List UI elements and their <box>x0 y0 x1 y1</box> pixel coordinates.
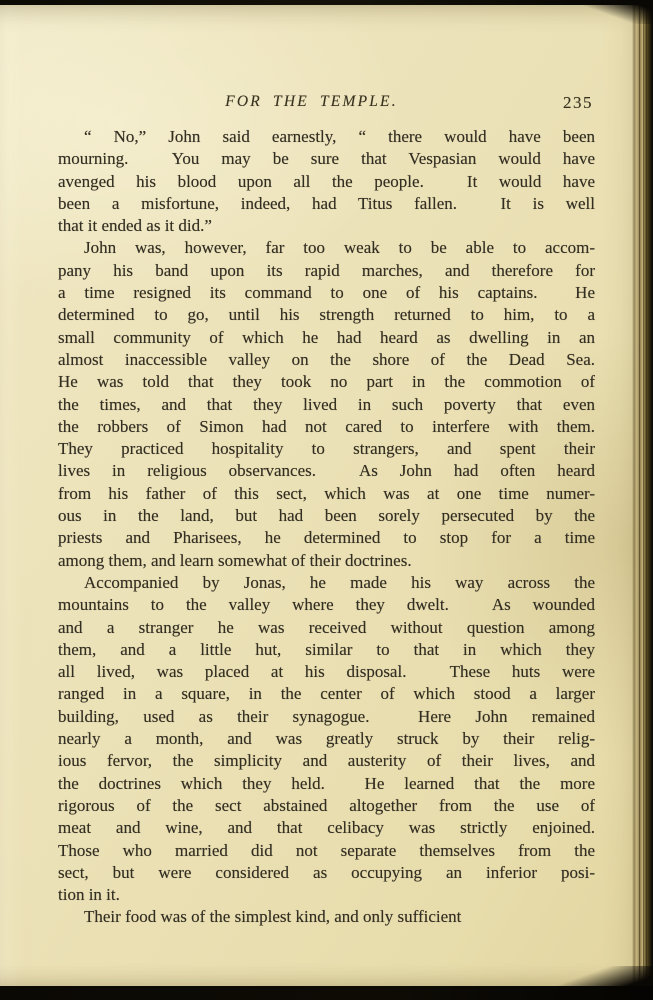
text-line: ranged in a square, in the center of whi… <box>58 683 595 705</box>
text-line: Accompanied by Jonas, he made his way ac… <box>58 572 595 594</box>
text-line: Their food was of the simplest kind, and… <box>58 906 595 928</box>
running-head: FOR THE TEMPLE. 235 <box>58 93 595 113</box>
text-line: them, and a little hut, similar to that … <box>58 639 595 661</box>
text-line: lives in religious observances. As John … <box>58 460 595 482</box>
text-line: mountains to the valley where they dwelt… <box>58 594 595 616</box>
paragraph: John was, however, far too weak to be ab… <box>58 237 595 571</box>
text-line: meat and wine, and that celibacy was str… <box>58 817 595 839</box>
text-line: ious fervor, the simplicity and austerit… <box>58 750 595 772</box>
page-edge-streak <box>639 0 640 1000</box>
text-line: They practiced hospitality to strangers,… <box>58 438 595 460</box>
text-block: “ No,” John said earnestly, “ there woul… <box>58 126 595 929</box>
text-line: rigorous of the sect abstained altogethe… <box>58 795 595 817</box>
scan-border-top <box>0 0 653 5</box>
scan-shadow-top-right <box>571 0 653 24</box>
text-line: and a stranger he was received without q… <box>58 617 595 639</box>
text-line: all lived, was placed at his disposal. T… <box>58 661 595 683</box>
paragraph: Their food was of the simplest kind, and… <box>58 906 595 928</box>
text-line: priests and Pharisees, he determined to … <box>58 527 595 549</box>
scan-border-bottom <box>0 986 653 1000</box>
page-edge-streak <box>646 0 647 1000</box>
text-line: He was told that they took no part in th… <box>58 371 595 393</box>
text-line: avenged his blood upon all the people. I… <box>58 171 595 193</box>
text-line: sect, but were considered as occupying a… <box>58 862 595 884</box>
paragraph: Accompanied by Jonas, he made his way ac… <box>58 572 595 906</box>
page-content: FOR THE TEMPLE. 235 “ No,” John said ear… <box>58 93 595 929</box>
text-line: a time resigned its command to one of hi… <box>58 282 595 304</box>
text-line: the doctrines which they held. He learne… <box>58 773 595 795</box>
book-page-scan: FOR THE TEMPLE. 235 “ No,” John said ear… <box>0 0 653 1000</box>
text-line: been a misfortune, indeed, had Titus fal… <box>58 193 595 215</box>
text-line: building, used as their synagogue. Here … <box>58 706 595 728</box>
page-number: 235 <box>563 93 593 113</box>
text-line: almost inaccessible valley on the shore … <box>58 349 595 371</box>
text-line: mourning. You may be sure that Vespasian… <box>58 148 595 170</box>
text-line: nearly a month, and was greatly struck b… <box>58 728 595 750</box>
text-line: Those who married did not separate thems… <box>58 840 595 862</box>
running-title: FOR THE TEMPLE. <box>58 93 565 111</box>
text-line: pany his band upon its rapid marches, an… <box>58 260 595 282</box>
text-line: among them, and learn somewhat of their … <box>58 550 595 572</box>
text-line: “ No,” John said earnestly, “ there woul… <box>58 126 595 148</box>
text-line: that it ended as it did.” <box>58 215 595 237</box>
text-line: the robbers of Simon had not cared to in… <box>58 416 595 438</box>
book-page-edges <box>632 0 653 1000</box>
paragraph: “ No,” John said earnestly, “ there woul… <box>58 126 595 237</box>
text-line: the times, and that they lived in such p… <box>58 394 595 416</box>
page-edge-streak <box>643 0 644 1000</box>
text-line: ous in the land, but had been sorely per… <box>58 505 595 527</box>
text-line: small community of which he had heard as… <box>58 327 595 349</box>
text-line: tion in it. <box>58 884 595 906</box>
text-line: from his father of this sect, which was … <box>58 483 595 505</box>
text-line: John was, however, far too weak to be ab… <box>58 237 595 259</box>
text-line: determined to go, until his strength ret… <box>58 304 595 326</box>
